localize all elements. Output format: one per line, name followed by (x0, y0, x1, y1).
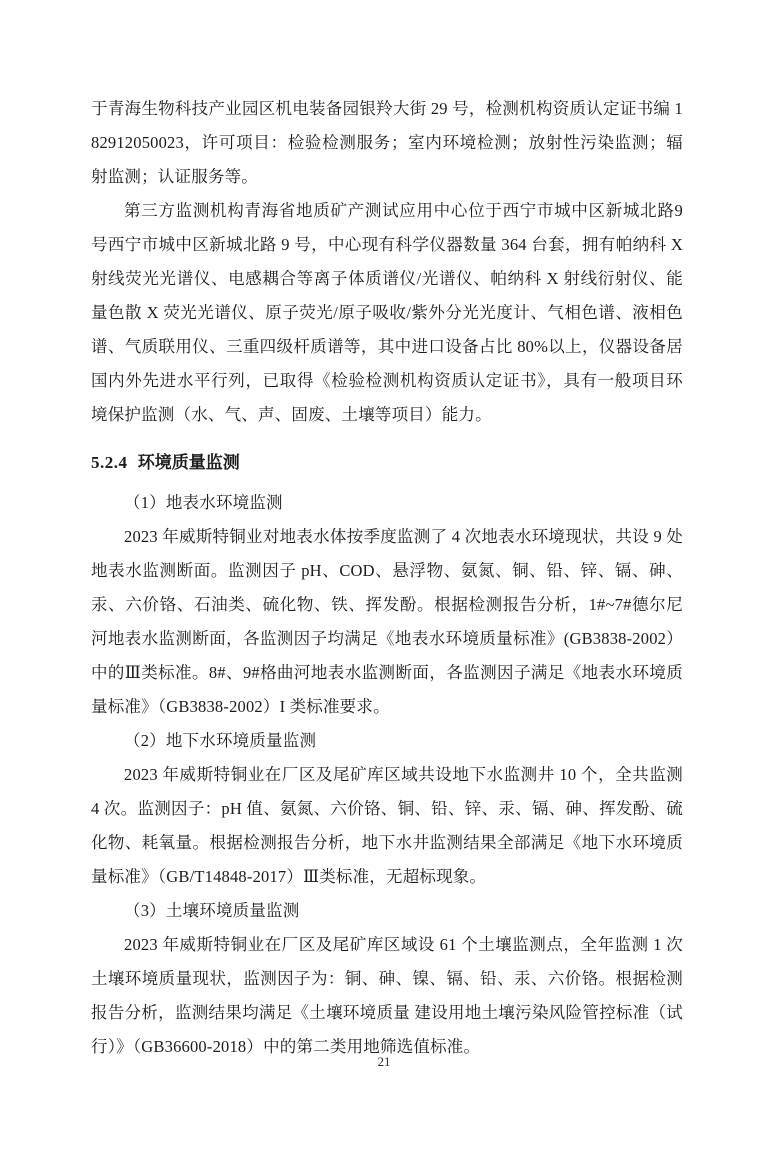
subsection-title-soil: （3）土壤环境质量监测 (91, 894, 683, 928)
paragraph-third-party-agency: 第三方监测机构青海省地质矿产测试应用中心位于西宁市城中区新城北路9号西宁市城中区… (91, 194, 683, 432)
section-heading-title: 环境质量监测 (138, 453, 240, 472)
document-page: 于青海生物科技产业园区机电装备园银羚大街 29 号，检测机构资质认定证书编 18… (0, 0, 768, 1152)
page-number: 21 (0, 1052, 768, 1072)
section-heading-number: 5.2.4 (91, 453, 128, 472)
paragraph-soil-monitoring: 2023 年威斯特铜业在厂区及尾矿库区域设 61 个土壤监测点，全年监测 1 次… (91, 928, 683, 1064)
paragraph-groundwater-monitoring: 2023 年威斯特铜业在厂区及尾矿库区域共设地下水监测井 10 个，全共监测 4… (91, 758, 683, 894)
section-heading-5-2-4: 5.2.4 环境质量监测 (91, 446, 683, 480)
paragraph-certification-info: 于青海生物科技产业园区机电装备园银羚大街 29 号，检测机构资质认定证书编 18… (91, 92, 683, 194)
page-body: 于青海生物科技产业园区机电装备园银羚大街 29 号，检测机构资质认定证书编 18… (91, 92, 683, 1064)
subsection-title-groundwater: （2）地下水环境质量监测 (91, 724, 683, 758)
paragraph-surface-water-monitoring: 2023 年威斯特铜业对地表水体按季度监测了 4 次地表水环境现状，共设 9 处… (91, 520, 683, 724)
subsection-title-surface-water: （1）地表水环境监测 (91, 486, 683, 520)
